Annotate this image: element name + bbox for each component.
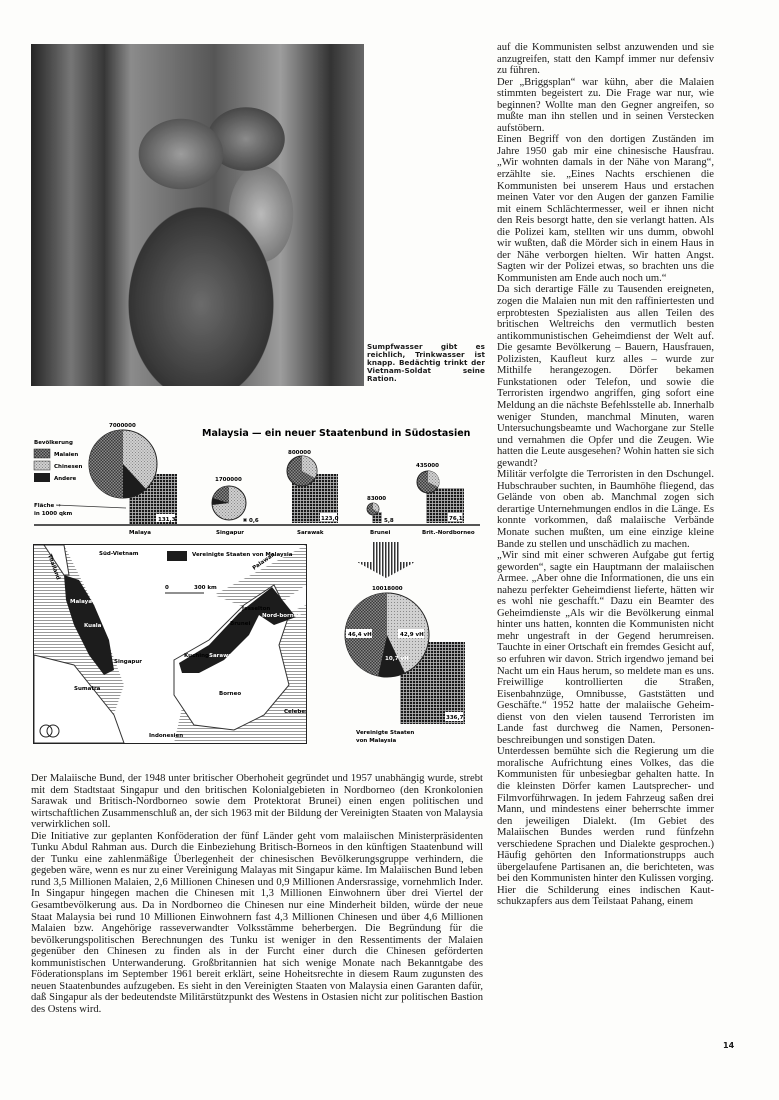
map-label-sued-vietnam: Süd-Vietnam — [99, 551, 139, 557]
pop-brunei: 83000 — [367, 496, 386, 502]
map-label-borneo: Borneo — [219, 691, 241, 697]
pop-nordborneo: 435000 — [416, 463, 439, 469]
right-paragraph: „Wir sind mit einer schweren Aufgabe gut… — [497, 550, 714, 746]
chart-title: Malaysia — ein neuer Staatenbund in Südo… — [202, 428, 471, 439]
right-paragraph: auf die Kommunisten selbst anzuwenden un… — [497, 42, 714, 77]
total-label-1: Vereinigte Staaten — [356, 730, 414, 736]
area-label: Fläche → — [34, 503, 61, 509]
slice-chinesen: 42,9 vH — [400, 632, 424, 638]
map-label-kuching: Kuching — [184, 653, 209, 659]
slice-malaien: 46,4 vH — [348, 632, 372, 638]
pop-malaya: 7000000 — [109, 423, 136, 429]
legend-chinesen: Chinesen — [54, 464, 82, 470]
pop-singapur: 1700000 — [215, 477, 242, 483]
area-value-malaya: 131,3 — [158, 517, 176, 523]
bottom-article-text: Der Malaiische Bund, der 1948 unter brit… — [31, 773, 483, 1015]
total-malaysia-chart: 10018000 336,7 46,4 vH 42,9 vH 10,7 vH V… — [340, 542, 490, 757]
population-area-chart: Malaysia — ein neuer Staatenbund in Südo… — [30, 392, 490, 542]
map-label-jesselton: Jesselton — [241, 606, 270, 612]
label-singapur: Singapur — [216, 530, 244, 536]
legend-malaien: Malaien — [54, 452, 78, 458]
label-brunei: Brunei — [370, 530, 390, 536]
page-number: 14 — [723, 1041, 734, 1050]
label-malaya: Malaya — [129, 530, 151, 536]
right-paragraph: Unterdessen bemühte sich die Regierung u… — [497, 746, 714, 885]
area-value-nordborneo: 76,1 — [449, 516, 463, 522]
bottom-paragraph: Der Malaiische Bund, der 1948 unter brit… — [31, 773, 483, 831]
map-label-singapur: Singapur — [114, 659, 142, 665]
pop-sarawak: 800000 — [288, 450, 311, 456]
area-value-brunei: 5,8 — [384, 518, 394, 524]
map-legend: Vereinigte Staaten von Malaysia — [192, 552, 293, 558]
right-paragraph: Militär verfolgte die Terroristen in den… — [497, 469, 714, 550]
total-label-2: von Malaysia — [356, 738, 397, 744]
right-paragraph: Da sich derartige Fälle zu Tausenden ere… — [497, 284, 714, 469]
map-label-nordborneo: Nord-borneo — [262, 613, 301, 619]
right-paragraph: Der „Briggsplan“ war kühn, aber die Mala… — [497, 77, 714, 135]
label-sarawak: Sarawak — [297, 530, 324, 536]
photo-soldier-drinking — [31, 44, 364, 386]
map-label-indonesien: Indonesien — [149, 733, 183, 739]
malaysia-map: Vereinigte Staaten von Malaysia 0 300 km… — [33, 544, 307, 744]
slice-andere: 10,7 vH — [385, 656, 409, 662]
map-label-kuala-lumpur: Kuala Lumpur — [84, 623, 127, 629]
map-label-brunei: Brunei — [230, 621, 250, 627]
legend-andere: Andere — [54, 476, 77, 482]
map-label-malaya: Malaya — [70, 599, 92, 605]
scale-end: 300 km — [194, 585, 217, 591]
scale-start: 0 — [165, 585, 169, 591]
label-nordborneo: Brit.-Nordborneo — [422, 530, 475, 536]
right-paragraph: Hier die Schilderung eines indischen Kau… — [497, 885, 714, 908]
map-label-sumatra: Sumatra — [74, 686, 101, 692]
right-paragraph: Einen Begriff von den dortigen Zuständen… — [497, 134, 714, 284]
right-column-text: auf die Kommunisten selbst anzuwenden un… — [497, 42, 714, 908]
bottom-paragraph: Die Initiative zur geplanten Konföderati… — [31, 831, 483, 1016]
area-value-sarawak: 123,0 — [321, 516, 339, 522]
map-label-sarawak: Sarawak — [209, 653, 236, 659]
legend-title: Bevölkerung — [34, 440, 73, 446]
map-label-celebes: Celebes — [284, 709, 307, 715]
pop-total: 10018000 — [372, 586, 403, 592]
photo-caption: Sumpfwasser gibt es reichlich, Trinkwass… — [367, 343, 485, 383]
area-unit-label: in 1000 qkm — [34, 511, 73, 517]
area-value-singapur: 0,6 — [249, 518, 259, 524]
area-total: 336,7 — [446, 715, 464, 721]
